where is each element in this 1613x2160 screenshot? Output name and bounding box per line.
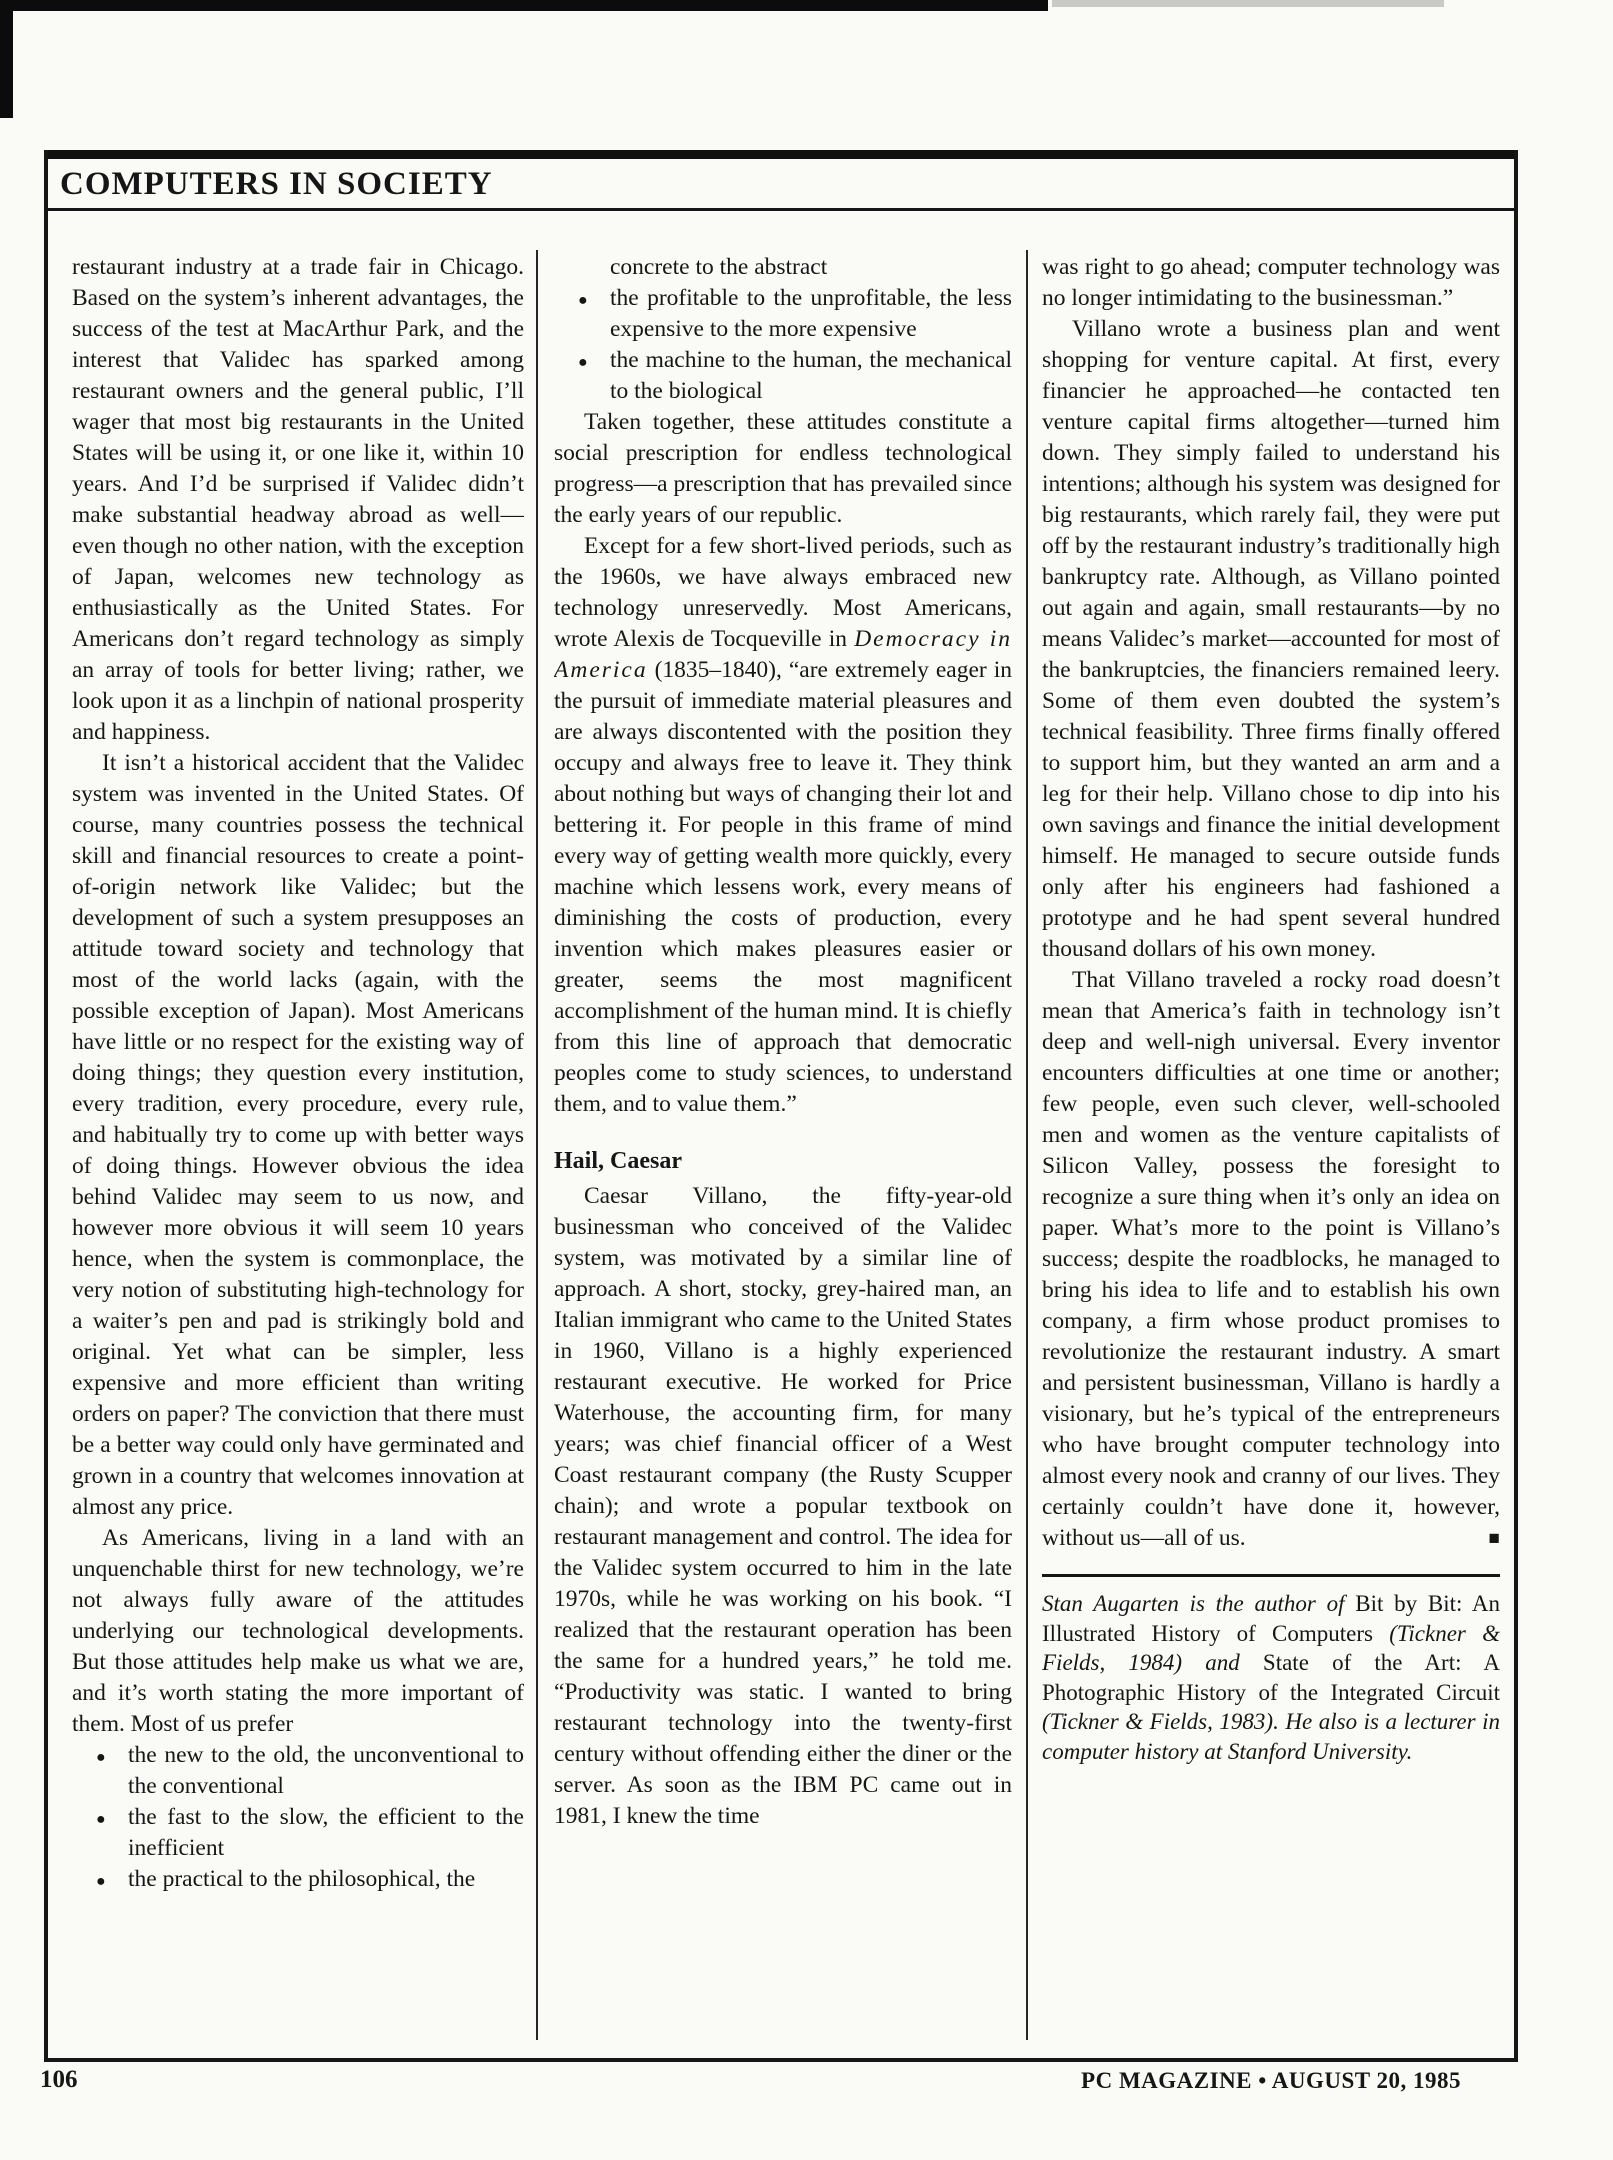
magazine-footer: PC MAGAZINE • AUGUST 20, 1985 — [1081, 2068, 1461, 2094]
bullet-icon: ● — [578, 347, 588, 378]
frame-top-border — [44, 150, 1518, 159]
scan-artifact-top-right — [1052, 0, 1444, 7]
bullet-icon: ● — [96, 1804, 106, 1835]
masthead-rule — [44, 208, 1518, 211]
bullet-text: the profitable to the unprofitable, the … — [610, 285, 1012, 342]
paragraph: As Americans, living in a land with an u… — [72, 1523, 524, 1740]
paragraph: That Villano traveled a rocky road doesn… — [1042, 965, 1500, 1554]
paragraph: It isn’t a historical accident that the … — [72, 748, 524, 1523]
paragraph: Villano wrote a business plan and went s… — [1042, 314, 1500, 965]
bullet-text: the fast to the slow, the efficient to t… — [128, 1804, 524, 1861]
column-divider-1 — [536, 250, 538, 2040]
bullet-item: ● the new to the old, the unconventional… — [72, 1740, 524, 1802]
bullet-continuation: concrete to the abstract — [554, 252, 1012, 283]
paragraph: Caesar Villano, the fifty-year-old busin… — [554, 1181, 1012, 1832]
bio-text: (Tickner & Fields, 1983). — [1042, 1709, 1285, 1734]
page-number: 106 — [40, 2066, 78, 2094]
bio-text: Stan Augarten is the author of — [1042, 1591, 1355, 1616]
section-title: COMPUTERS IN SOCIETY — [60, 166, 493, 203]
frame-bottom-border — [44, 2058, 1518, 2062]
paragraph-text: That Villano traveled a rocky road doesn… — [1042, 967, 1500, 1551]
bullet-icon: ● — [578, 285, 588, 316]
paragraph: was right to go ahead; computer technolo… — [1042, 252, 1500, 314]
column-1: restaurant industry at a trade fair in C… — [72, 252, 524, 2058]
bullet-text: the practical to the philosophical, the — [128, 1866, 475, 1892]
bullet-item: ● the practical to the philosophical, th… — [72, 1864, 524, 1895]
column-3: was right to go ahead; computer technolo… — [1042, 252, 1500, 2058]
author-bio: Stan Augarten is the author of Bit by Bi… — [1042, 1589, 1500, 1766]
scan-artifact-top-bar — [0, 0, 1048, 11]
paragraph: restaurant industry at a trade fair in C… — [72, 252, 524, 748]
bullet-text: the new to the old, the unconventional t… — [128, 1742, 524, 1799]
bullet-item: ● the fast to the slow, the efficient to… — [72, 1802, 524, 1864]
frame-right-border — [1514, 150, 1518, 2062]
column-divider-2 — [1026, 250, 1028, 2040]
bullet-item: ● the profitable to the unprofitable, th… — [554, 283, 1012, 345]
tocqueville-text-post: (1835–1840), “are extremely eager in the… — [554, 657, 1012, 1117]
column-2: concrete to the abstract ● the profitabl… — [554, 252, 1012, 2058]
bullet-item: ● the machine to the human, the mechanic… — [554, 345, 1012, 407]
paragraph: Taken together, these attitudes constitu… — [554, 407, 1012, 531]
section-heading: Hail, Caesar — [554, 1146, 1012, 1177]
frame-left-border — [44, 150, 48, 2062]
bio-divider — [1042, 1574, 1500, 1577]
bullet-text: the machine to the human, the mechanical… — [610, 347, 1012, 404]
scan-artifact-corner — [0, 0, 13, 118]
bullet-icon: ● — [96, 1866, 106, 1897]
bullet-icon: ● — [96, 1742, 106, 1773]
magazine-page: COMPUTERS IN SOCIETY restaurant industry… — [0, 0, 1613, 2160]
section-masthead: COMPUTERS IN SOCIETY — [60, 160, 960, 208]
paragraph-tocqueville: Except for a few short-lived periods, su… — [554, 531, 1012, 1120]
end-of-article-marker: ■ — [1459, 1523, 1500, 1554]
